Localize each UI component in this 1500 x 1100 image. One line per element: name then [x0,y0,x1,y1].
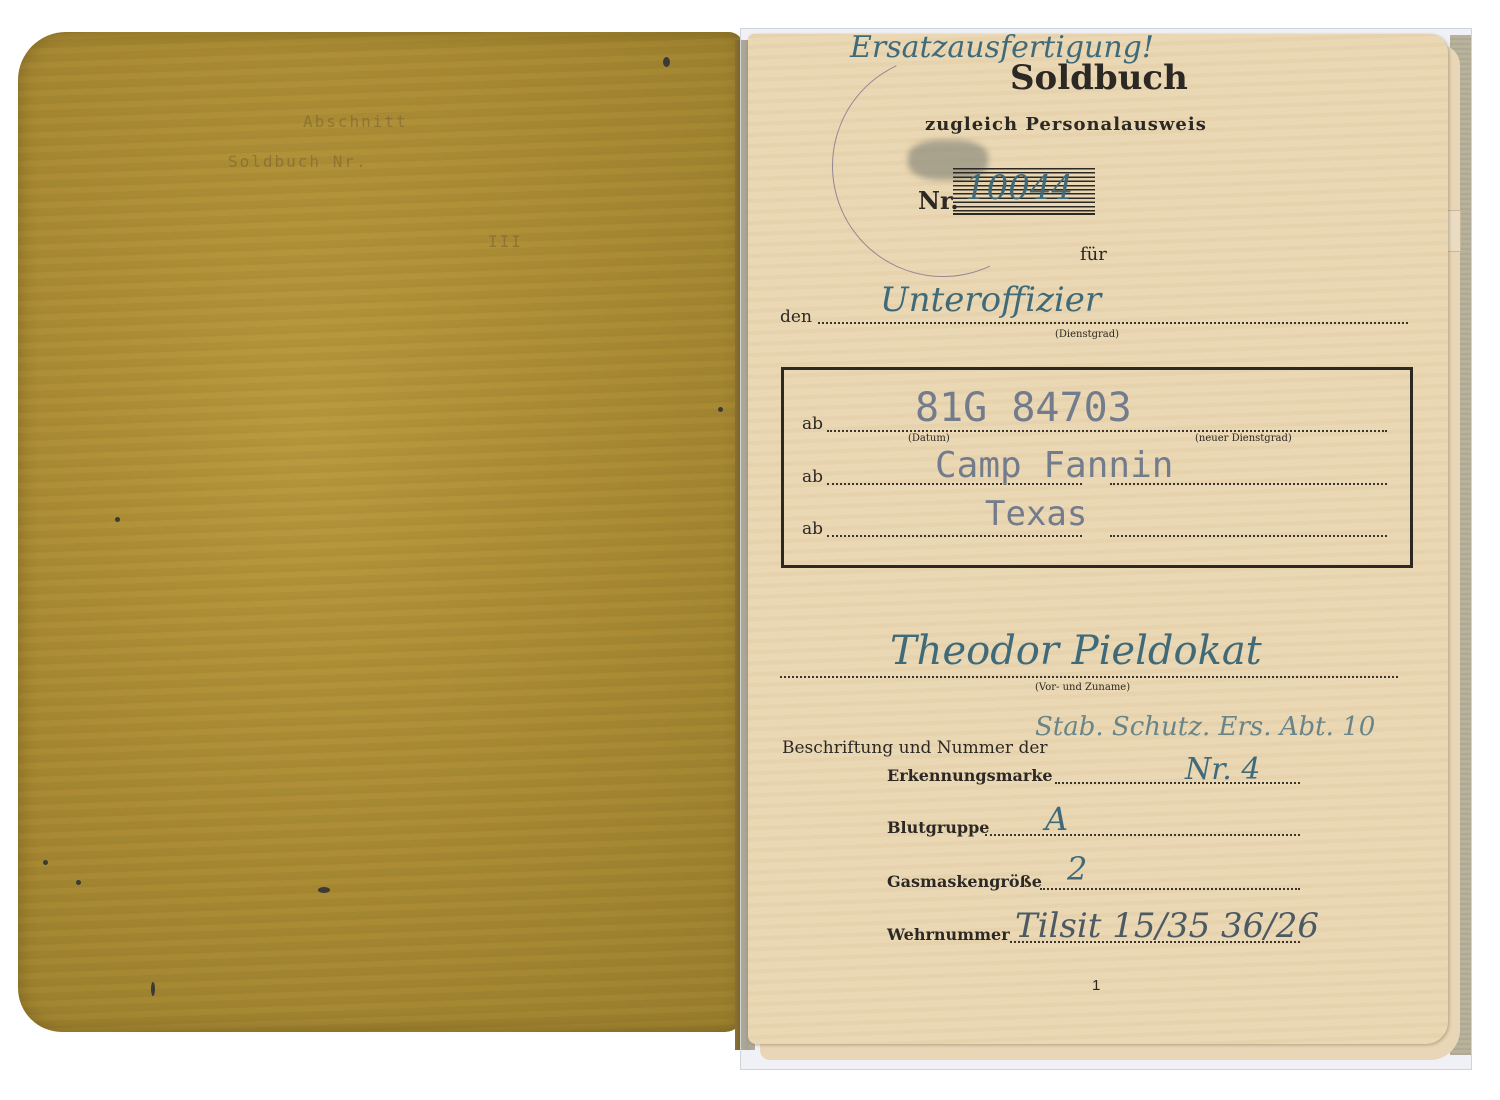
rank-line [818,322,1408,324]
gas-mask-label: Gasmaskengröße [887,872,1042,891]
cover-spot [115,517,120,522]
page-subtitle: zugleich Personalausweis [925,114,1207,135]
rank-value: Unteroffizier [880,280,1101,320]
blood-group-line [985,834,1300,836]
name-caption: (Vor- und Zuname) [1035,682,1130,693]
rank-caption: (Dienstgrad) [1055,329,1119,340]
rank-label: den [780,307,812,327]
left-cover: Abschnitt Soldbuch Nr. III [18,32,743,1032]
promotion-line-3b [1110,535,1387,537]
name-value: Theodor Pieldokat [890,628,1262,674]
promotion-label-3: ab [802,519,823,539]
promotion-label-2: ab [802,467,823,487]
id-tag-label-line1: Beschriftung und Nummer der [782,738,1048,758]
name-line [780,676,1398,678]
promotion-caption-rank: (neuer Dienstgrad) [1195,433,1292,444]
cover-faint-text-1: Abschnitt [303,112,408,131]
cover-spot [318,887,330,893]
cover-faint-text-2: Soldbuch Nr. [228,152,368,171]
cover-faint-text-3: III [488,232,523,251]
number-value: 10044 [965,168,1073,208]
promotion-value-3: Texas [985,494,1087,534]
cover-spot [718,407,723,412]
cover-spot [76,880,81,885]
military-number-label: Wehrnummer [887,925,1010,944]
gas-mask-line [1040,888,1300,890]
military-number-value: Tilsit 15/35 36/26 [1015,906,1319,946]
gas-mask-value: 2 [1067,850,1087,888]
id-tag-label-line2: Erkennungsmarke [887,766,1053,785]
promotion-value-1: 81G 84703 [915,385,1132,431]
promotion-value-2: Camp Fannin [935,445,1173,486]
id-tag-line [1055,782,1300,784]
id-tag-value-line2: Nr. 4 [1185,752,1260,787]
page-title: Soldbuch [1010,58,1188,98]
cover-spot [663,57,670,67]
cover-spot [151,982,155,996]
fuer-label: für [1080,244,1107,265]
blood-group-value: A [1045,800,1068,838]
promotion-line-3a [827,535,1082,537]
promotion-label-1: ab [802,414,823,434]
blood-group-label: Blutgruppe [887,818,989,837]
page-tab [1447,210,1461,252]
page-number: 1 [1092,977,1100,994]
id-tag-value-line1: Stab. Schutz. Ers. Abt. 10 [1035,712,1375,742]
cover-spot [43,860,48,865]
promotion-caption-date: (Datum) [908,433,950,444]
